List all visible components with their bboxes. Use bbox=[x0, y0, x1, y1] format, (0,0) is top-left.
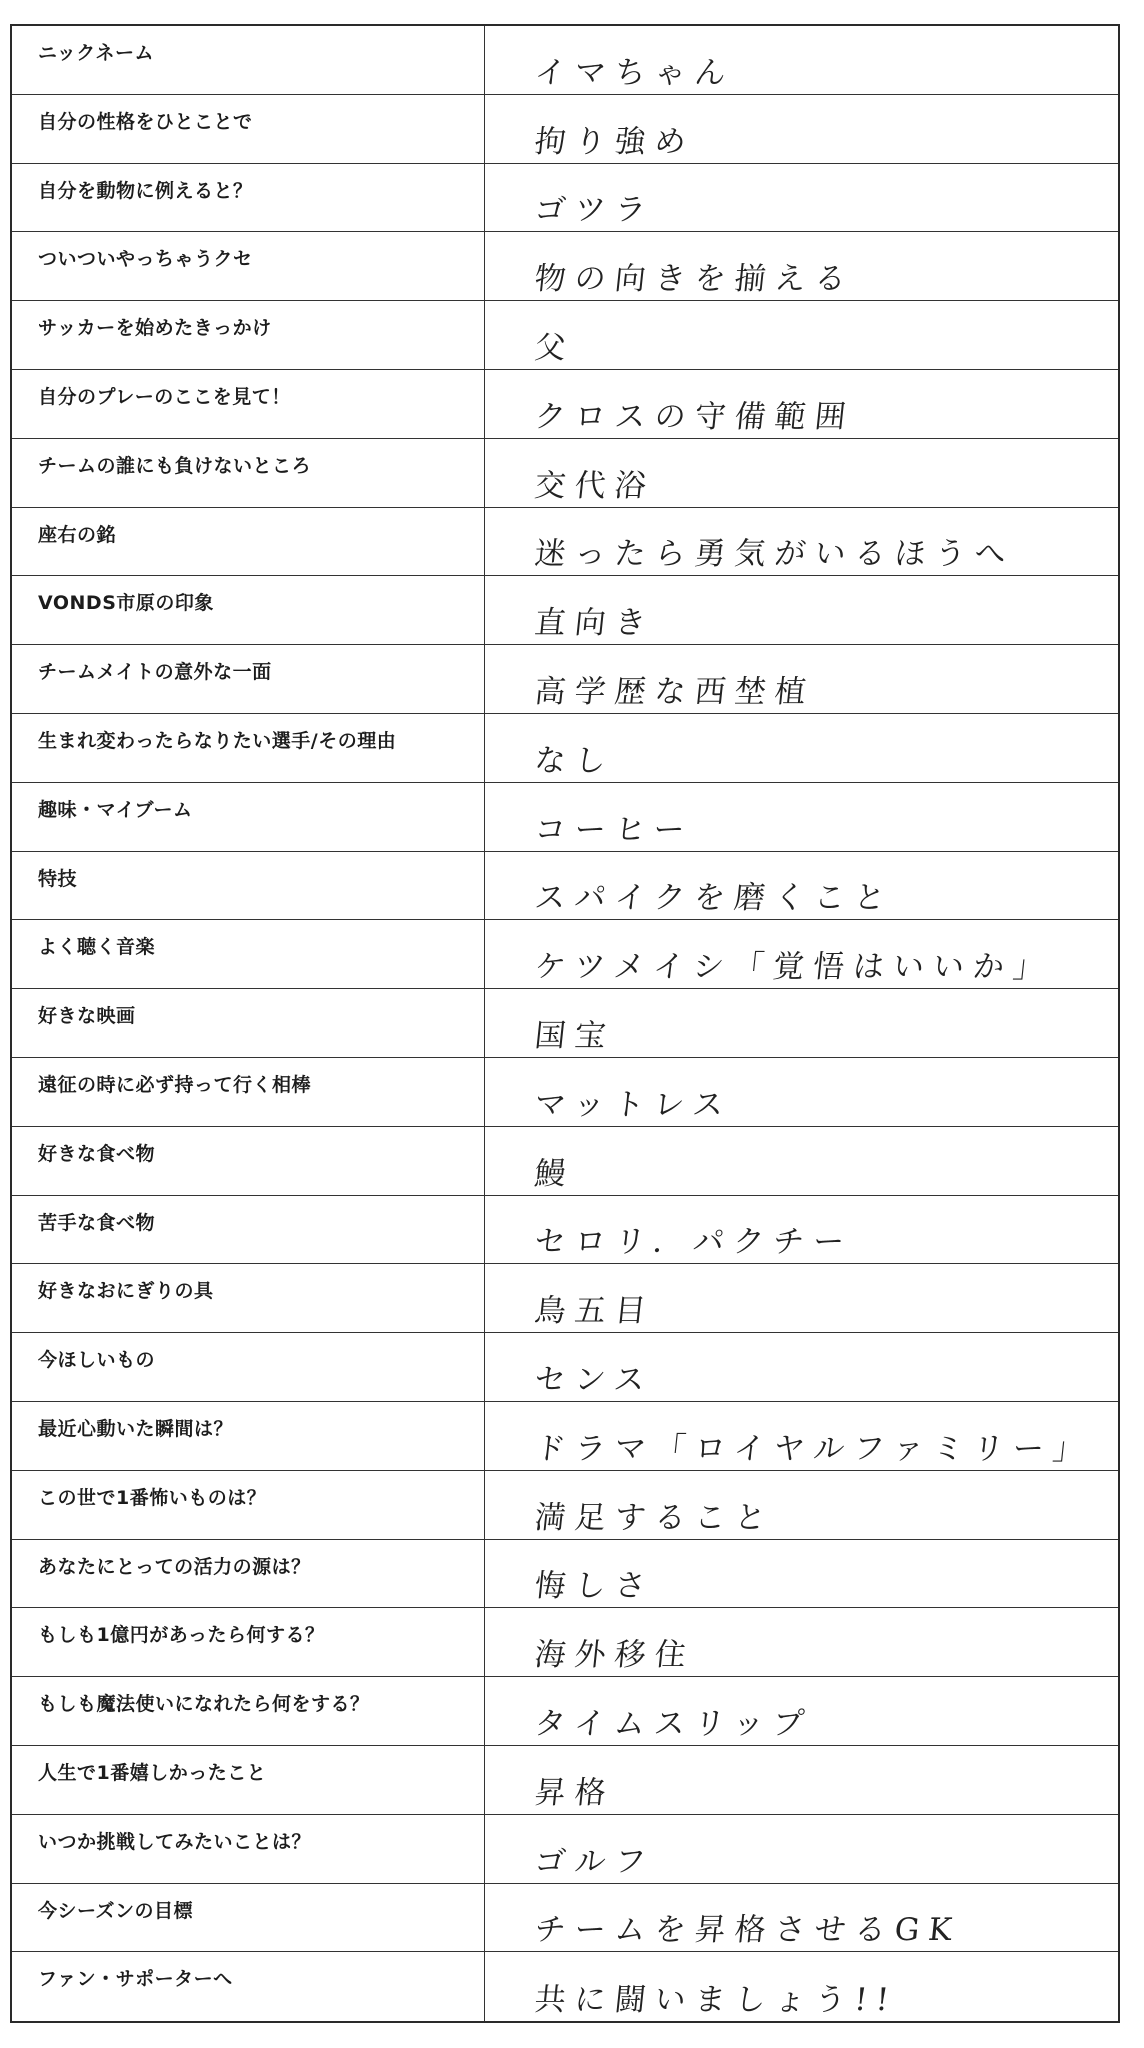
answer-cell: 直向き bbox=[485, 576, 1118, 644]
answer-cell: セロリ．パクチー bbox=[485, 1196, 1118, 1264]
handwritten-answer: ゴルフ bbox=[533, 1836, 658, 1881]
answer-cell: 迷ったら勇気がいるほうへ bbox=[485, 508, 1118, 576]
question-label: 生まれ変わったらなりたい選手/その理由 bbox=[12, 714, 485, 782]
handwritten-answer: 共に闘いましょう!! bbox=[533, 1974, 901, 2019]
question-label: 今ほしいもの bbox=[12, 1333, 485, 1401]
table-row: もしも1億円があったら何する？海外移住 bbox=[12, 1608, 1118, 1677]
answer-cell: 交代浴 bbox=[485, 439, 1118, 507]
question-label: 苦手な食べ物 bbox=[12, 1196, 485, 1264]
question-label: 自分の性格をひとことで bbox=[12, 95, 485, 163]
answer-cell: 拘り強め bbox=[485, 95, 1118, 163]
table-row: 自分を動物に例えると？ゴツラ bbox=[12, 164, 1118, 233]
handwritten-answer: チームを昇格させるGK bbox=[533, 1904, 964, 1949]
handwritten-answer: ドラマ「ロイヤルファミリー」 bbox=[533, 1423, 1096, 1468]
answer-cell: ゴツラ bbox=[485, 164, 1118, 232]
question-label: 好きな映画 bbox=[12, 989, 485, 1057]
handwritten-answer: 悔しさ bbox=[533, 1560, 658, 1605]
answer-cell: チームを昇格させるGK bbox=[485, 1884, 1118, 1952]
question-label: 遠征の時に必ず持って行く相棒 bbox=[12, 1058, 485, 1126]
handwritten-answer: 拘り強め bbox=[533, 116, 698, 161]
table-row: 座右の銘迷ったら勇気がいるほうへ bbox=[12, 508, 1118, 577]
handwritten-answer: 鰻 bbox=[533, 1148, 578, 1193]
handwritten-answer: 父 bbox=[533, 322, 578, 367]
question-label: よく聴く音楽 bbox=[12, 920, 485, 988]
answer-cell: センス bbox=[485, 1333, 1118, 1401]
answer-cell: 共に闘いましょう!! bbox=[485, 1952, 1118, 2021]
handwritten-answer: クロスの守備範囲 bbox=[533, 391, 858, 436]
handwritten-answer: ゴツラ bbox=[533, 184, 658, 229]
table-row: 自分の性格をひとことで拘り強め bbox=[12, 95, 1118, 164]
table-row: 趣味・マイブームコーヒー bbox=[12, 783, 1118, 852]
handwritten-answer: 高学歴な西埜植 bbox=[533, 666, 818, 711]
question-label: 特技 bbox=[12, 852, 485, 920]
question-label: サッカーを始めたきっかけ bbox=[12, 301, 485, 369]
table-row: 最近心動いた瞬間は？ドラマ「ロイヤルファミリー」 bbox=[12, 1402, 1118, 1471]
answer-cell: ゴルフ bbox=[485, 1815, 1118, 1883]
question-label: 人生で1番嬉しかったこと bbox=[12, 1746, 485, 1814]
question-label: もしも魔法使いになれたら何をする？ bbox=[12, 1677, 485, 1745]
question-label: ファン・サポーターへ bbox=[12, 1952, 485, 2021]
table-row: ついついやっちゃうクセ物の向きを揃える bbox=[12, 232, 1118, 301]
question-label: ニックネーム bbox=[12, 26, 485, 94]
table-row: 今ほしいものセンス bbox=[12, 1333, 1118, 1402]
table-row: 生まれ変わったらなりたい選手/その理由なし bbox=[12, 714, 1118, 783]
handwritten-answer: イマちゃん bbox=[533, 47, 738, 92]
answer-cell: 父 bbox=[485, 301, 1118, 369]
handwritten-answer: 国宝 bbox=[533, 1010, 618, 1055]
question-label: チームの誰にも負けないところ bbox=[12, 439, 485, 507]
table-row: サッカーを始めたきっかけ父 bbox=[12, 301, 1118, 370]
question-label: あなたにとっての活力の源は？ bbox=[12, 1540, 485, 1608]
question-label: この世で1番怖いものは？ bbox=[12, 1471, 485, 1539]
answer-cell: 高学歴な西埜植 bbox=[485, 645, 1118, 713]
table-row: チームメイトの意外な一面高学歴な西埜植 bbox=[12, 645, 1118, 714]
answer-cell: イマちゃん bbox=[485, 26, 1118, 94]
answer-cell: 悔しさ bbox=[485, 1540, 1118, 1608]
handwritten-answer: セロリ．パクチー bbox=[533, 1216, 856, 1261]
table-row: ニックネームイマちゃん bbox=[12, 26, 1118, 95]
question-label: 趣味・マイブーム bbox=[12, 783, 485, 851]
handwritten-answer: 迷ったら勇気がいるほうへ bbox=[533, 528, 1018, 573]
table-row: 好きなおにぎりの具鳥五目 bbox=[12, 1264, 1118, 1333]
handwritten-answer: 交代浴 bbox=[533, 460, 658, 505]
handwritten-answer: 海外移住 bbox=[533, 1629, 698, 1674]
answer-cell: なし bbox=[485, 714, 1118, 782]
question-label: 好きな食べ物 bbox=[12, 1127, 485, 1195]
answer-cell: 鳥五目 bbox=[485, 1264, 1118, 1332]
question-label: VONDS市原の印象 bbox=[12, 576, 485, 644]
handwritten-answer: なし bbox=[533, 735, 618, 780]
table-row: この世で1番怖いものは？満足すること bbox=[12, 1471, 1118, 1540]
table-row: よく聴く音楽ケツメイシ「覚悟はいいか」 bbox=[12, 920, 1118, 989]
table-row: いつか挑戦してみたいことは？ゴルフ bbox=[12, 1815, 1118, 1884]
answer-cell: クロスの守備範囲 bbox=[485, 370, 1118, 438]
handwritten-answer: 直向き bbox=[533, 597, 658, 642]
handwritten-answer: ケツメイシ「覚悟はいいか」 bbox=[533, 941, 1056, 986]
question-label: 最近心動いた瞬間は？ bbox=[12, 1402, 485, 1470]
table-row: 自分のプレーのここを見て！クロスの守備範囲 bbox=[12, 370, 1118, 439]
table-row: チームの誰にも負けないところ交代浴 bbox=[12, 439, 1118, 508]
handwritten-answer: 物の向きを揃える bbox=[533, 253, 858, 298]
question-label: もしも1億円があったら何する？ bbox=[12, 1608, 485, 1676]
answer-cell: スパイクを磨くこと bbox=[485, 852, 1118, 920]
table-row: ファン・サポーターへ共に闘いましょう!! bbox=[12, 1952, 1118, 2021]
answer-cell: 物の向きを揃える bbox=[485, 232, 1118, 300]
question-label: 好きなおにぎりの具 bbox=[12, 1264, 485, 1332]
handwritten-answer: 鳥五目 bbox=[533, 1285, 658, 1330]
answer-cell: 海外移住 bbox=[485, 1608, 1118, 1676]
questionnaire-table: ニックネームイマちゃん 自分の性格をひとことで拘り強め 自分を動物に例えると？ゴ… bbox=[10, 24, 1120, 2023]
table-row: もしも魔法使いになれたら何をする？タイムスリップ bbox=[12, 1677, 1118, 1746]
table-row: 苦手な食べ物セロリ．パクチー bbox=[12, 1196, 1118, 1265]
answer-cell: 昇格 bbox=[485, 1746, 1118, 1814]
question-label: 自分を動物に例えると？ bbox=[12, 164, 485, 232]
handwritten-answer: 昇格 bbox=[533, 1767, 618, 1812]
answer-cell: ケツメイシ「覚悟はいいか」 bbox=[485, 920, 1118, 988]
handwritten-answer: マットレス bbox=[533, 1079, 736, 1124]
table-row: 特技スパイクを磨くこと bbox=[12, 852, 1118, 921]
answer-cell: 国宝 bbox=[485, 989, 1118, 1057]
handwritten-answer: コーヒー bbox=[533, 804, 696, 849]
table-row: あなたにとっての活力の源は？悔しさ bbox=[12, 1540, 1118, 1609]
handwritten-answer: スパイクを磨くこと bbox=[533, 872, 897, 917]
question-label: 今シーズンの目標 bbox=[12, 1884, 485, 1952]
question-label: いつか挑戦してみたいことは？ bbox=[12, 1815, 485, 1883]
question-label: チームメイトの意外な一面 bbox=[12, 645, 485, 713]
table-row: VONDS市原の印象直向き bbox=[12, 576, 1118, 645]
handwritten-answer: 満足すること bbox=[533, 1492, 778, 1537]
handwritten-answer: タイムスリップ bbox=[533, 1698, 816, 1743]
answer-cell: マットレス bbox=[485, 1058, 1118, 1126]
answer-cell: タイムスリップ bbox=[485, 1677, 1118, 1745]
answer-cell: 満足すること bbox=[485, 1471, 1118, 1539]
question-label: 座右の銘 bbox=[12, 508, 485, 576]
answer-cell: ドラマ「ロイヤルファミリー」 bbox=[485, 1402, 1118, 1470]
table-row: 今シーズンの目標チームを昇格させるGK bbox=[12, 1884, 1118, 1953]
answer-cell: コーヒー bbox=[485, 783, 1118, 851]
table-row: 好きな映画国宝 bbox=[12, 989, 1118, 1058]
question-label: 自分のプレーのここを見て！ bbox=[12, 370, 485, 438]
answer-cell: 鰻 bbox=[485, 1127, 1118, 1195]
question-label: ついついやっちゃうクセ bbox=[12, 232, 485, 300]
table-row: 好きな食べ物鰻 bbox=[12, 1127, 1118, 1196]
table-row: 人生で1番嬉しかったこと昇格 bbox=[12, 1746, 1118, 1815]
table-row: 遠征の時に必ず持って行く相棒マットレス bbox=[12, 1058, 1118, 1127]
handwritten-answer: センス bbox=[533, 1354, 657, 1399]
